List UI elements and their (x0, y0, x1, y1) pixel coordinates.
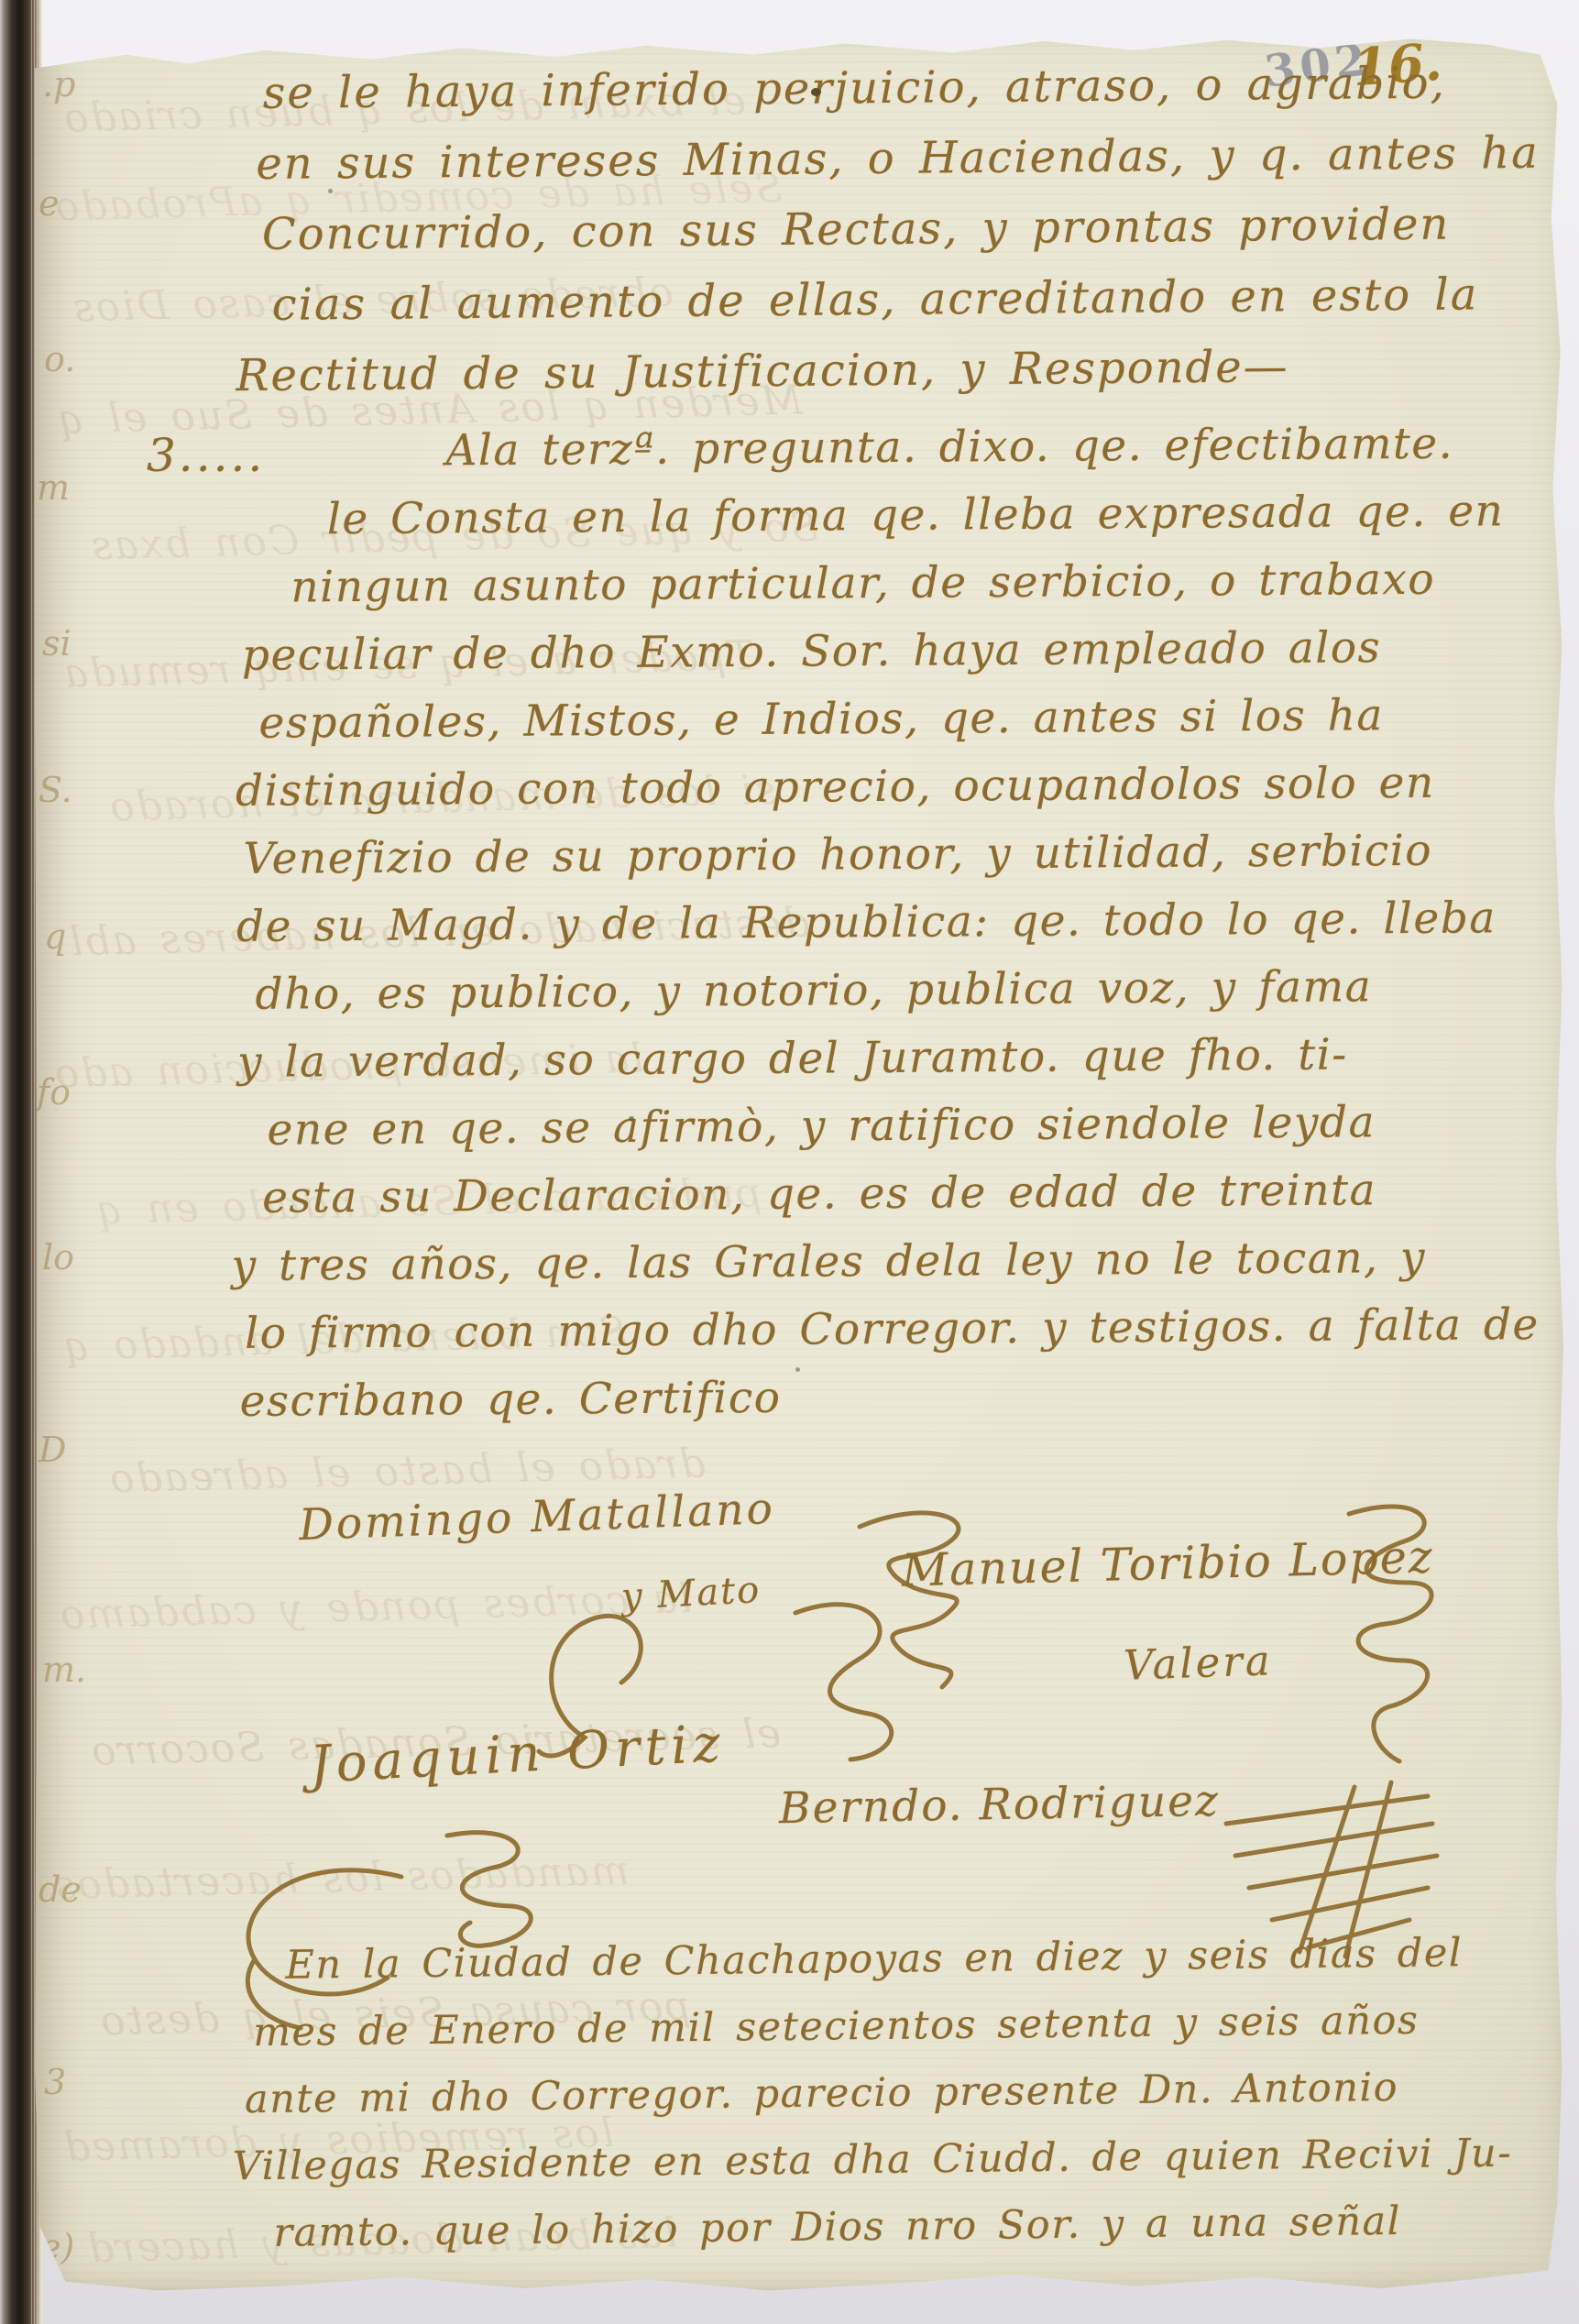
text-line: ene en qe. se afirmò, y ratifico siendol… (267, 1088, 1538, 1165)
text-line: y tres años, qe. las Grales dela ley no … (231, 1223, 1539, 1300)
answer-paragraph: Ala terzª. pregunta. dixo. qe. efectibam… (225, 410, 1540, 1436)
text-line: Venefizio de su proprio honor, y utilida… (243, 817, 1536, 893)
ink-spot (795, 1367, 800, 1372)
gutter-text-fragment: si (42, 623, 71, 663)
gutter-text-fragment: o. (44, 339, 75, 379)
paragraph-end-of-answer: se le haya inferido perjuicio, atraso, o… (227, 48, 1541, 411)
manuscript-page: el bxam de los q buen criado Sele ha de … (35, 37, 1563, 2293)
gutter-text-fragment: .p (42, 64, 75, 104)
ink-spot (811, 88, 821, 96)
gutter-text-fragment: S. (38, 770, 72, 810)
ink-spot (629, 1116, 634, 1121)
signature-rubric-flourish (1321, 1496, 1450, 1780)
gutter-text-fragment: de (38, 1869, 82, 1910)
closing-paragraph: En la Ciudad de Chachapoyas en diez y se… (230, 1920, 1513, 2268)
text-line: escribano qe. Certifico (239, 1359, 1540, 1436)
gutter-text-fragment: lo (42, 1237, 74, 1277)
gutter-text-fragment: 3 (44, 2062, 66, 2102)
scanned-manuscript: { "document": { "folio": { "pencil_numbe… (0, 0, 1579, 2324)
text-line: le Consta en la forma qe. lleba expresad… (327, 477, 1534, 554)
text-line: Concurrido, con sus Rectas, y prontas pr… (262, 189, 1541, 270)
text-line: esta su Declaracion, qe. es de edad de t… (262, 1156, 1539, 1233)
gutter-text-fragment: D (38, 1430, 66, 1470)
gutter-text-fragment: m (37, 467, 70, 508)
text-line: ningun asunto particular, de serbicio, o… (291, 545, 1534, 621)
text-line: Rectitud de su Justificacion, y Responde… (236, 330, 1541, 411)
ink-spot (328, 189, 333, 193)
signature-manuel-line2: Valera (1123, 1636, 1273, 1690)
text-line: se le haya inferido perjuicio, atraso, o… (262, 48, 1539, 129)
gutter-text-fragment: fo (37, 1072, 71, 1113)
signature-bernardo-rodriguez: Berndo. Rodriguez (779, 1776, 1221, 1834)
text-line: distinguido con todo aprecio, ocupandolo… (236, 749, 1536, 826)
text-line: Ala terzª. pregunta. dixo. qe. efectibam… (445, 410, 1533, 485)
text-line: y la verdad, so cargo del Juramto. que f… (237, 1020, 1538, 1097)
text-line: En la Ciudad de Chachapoyas en diez y se… (285, 1920, 1510, 2000)
text-line: en sus intereses Minas, o Haciendas, y q… (256, 118, 1540, 200)
gutter-text-fragment: e (38, 183, 60, 224)
text-line: ramto. que lo hizo por Dios nro Sor. y a… (273, 2187, 1513, 2267)
text-line: españoles, Mistos, e Indios, qe. antes s… (258, 681, 1535, 758)
gutter-text-fragment: q (44, 916, 66, 957)
text-line: lo firmo con migo dho Corregor. y testig… (245, 1291, 1540, 1368)
text-line: de su Magd. y de la Republica: qe. todo … (236, 884, 1537, 961)
text-line: cias al aumento de ellas, acreditando en… (271, 259, 1541, 341)
calligraphic-flourish (759, 1585, 915, 1769)
text-line: peculiar de dho Exmo. Sor. haya empleado… (242, 613, 1535, 690)
gutter-text-fragment: m. (42, 1650, 86, 1690)
text-line: dho, es publico, y notorio, publica voz,… (255, 952, 1537, 1029)
gutter-text-fragment: e) (40, 2227, 74, 2267)
